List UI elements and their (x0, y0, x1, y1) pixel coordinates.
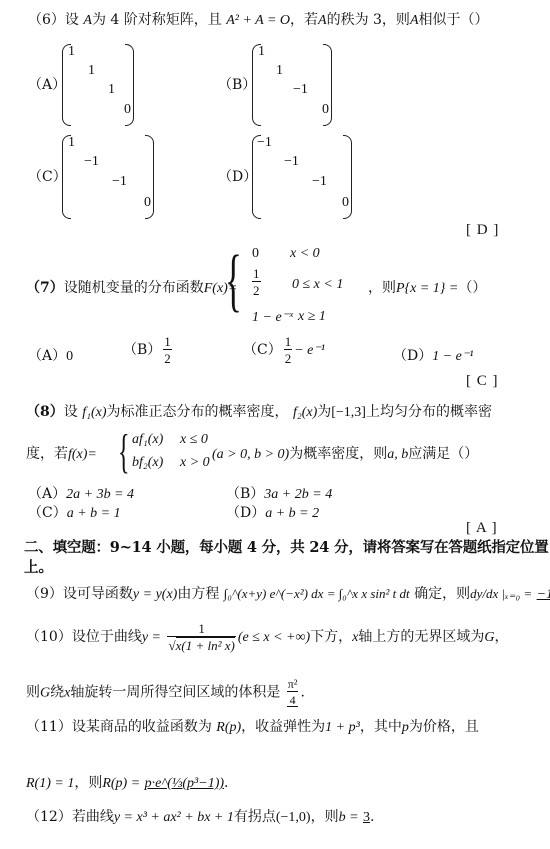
q6-option-a-label[interactable]: （A） (28, 74, 66, 94)
q8-line-1: （8）设 f₁(x)为标准正态分布的概率密度， f₂(x)为[−1,3]上均匀分… (26, 401, 492, 421)
q8-option-c[interactable]: （C）a + b = 1 (28, 502, 121, 522)
q8-case-2-value: bf₂(x) (132, 455, 163, 471)
q7-case-3-value: 1 − e⁻ˣ (252, 309, 293, 326)
q6-stem: （6）设 A为 4 阶对称矩阵，且 A² + A = O，若A的秩为 3，则A相… (28, 9, 489, 29)
q7-case-2-value: 12 (250, 267, 263, 297)
q7-case-1-value: 0 (252, 246, 259, 262)
section-2-heading: 二、填空题：9~14 小题，每小题 4 分，共 24 分，请将答案写在答题纸指定… (24, 536, 549, 557)
q8-line-2-start: 度，若f(x)= (26, 443, 97, 463)
q7-question: ，则P{x = 1} =（） (368, 277, 486, 297)
q6-option-c-label[interactable]: （C） (28, 166, 67, 186)
q6-option-d-matrix: −1 −1 −1 0 (252, 135, 352, 217)
q9-equation: ∫₀^(x+y) e^(−x²) dx = ∫₀^x x sin² t dt (224, 586, 410, 601)
q10-answer: π²4 (287, 678, 299, 707)
q12-line: （12）若曲线y = x³ + ax² + bx + 1有拐点(−1,0)，则b… (26, 806, 374, 826)
q7-stem: （7）设随机变量的分布函数F(x)= (26, 277, 237, 297)
q7-answer: [ C ] (466, 373, 499, 390)
q10-line-2: 则G绕x轴旋转一周所得空间区域的体积是 π²4. (26, 678, 305, 707)
q11-line-2: R(1) = 1，则R(p) = p·e^(⅓(p³−1)). (26, 772, 228, 792)
q8-case-1-value: af₁(x) (132, 432, 163, 448)
q6-option-c-matrix: 1 −1 −1 0 (62, 135, 154, 217)
q9-line: （9）设可导函数y = y(x)由方程 ∫₀^(x+y) e^(−x²) dx … (26, 583, 550, 603)
q6-option-a-matrix: 1 1 1 0 (62, 44, 134, 124)
q10-line-1: （10）设位于曲线y = 1√x(1 + ln² x)(e ≤ x < +∞)下… (26, 622, 508, 652)
q7-option-c[interactable]: （C）12− e⁻¹ (243, 335, 325, 365)
q7-case-2-cond: 0 ≤ x < 1 (292, 277, 343, 293)
q6-equation: A² + A = O (226, 13, 290, 28)
q8-case-1-cond: x ≤ 0 (180, 432, 208, 448)
q6-number: （6） (28, 12, 65, 28)
q7-option-a[interactable]: （A）0 (28, 345, 73, 365)
q11-line-1: （11）设某商品的收益函数为 R(p)，收益弹性为1 + p³，其中p为价格，且 (26, 716, 479, 736)
q12-answer: 3 (363, 810, 370, 825)
q12-number: （12） (26, 809, 72, 825)
q8-line-2-end: (a > 0, b > 0)为概率密度，则a, b应满足（） (212, 443, 478, 463)
q7-number: （7） (26, 280, 64, 296)
q9-answer: −1 (537, 587, 550, 602)
q7-option-d[interactable]: （D）1 − e⁻¹ (393, 345, 473, 365)
q7-case-3-cond: x ≥ 1 (298, 309, 326, 325)
q8-option-b[interactable]: （B）3a + 2b = 4 (226, 483, 332, 503)
q6-option-b-matrix: 1 1 −1 0 (252, 44, 332, 124)
q9-number: （9） (26, 586, 63, 602)
q11-answer: p·e^(⅓(p³−1)) (145, 776, 224, 791)
q8-option-a[interactable]: （A）2a + 3b = 4 (28, 483, 134, 503)
q7-option-b[interactable]: （B）12 (123, 335, 174, 365)
q6-answer: [ D ] (466, 222, 499, 239)
section-2-heading-cont: 上。 (24, 556, 53, 577)
q7-case-1-cond: x < 0 (290, 246, 320, 262)
q8-number: （8） (26, 404, 64, 420)
q11-number: （11） (26, 719, 72, 735)
q8-answer: [ A ] (466, 520, 498, 537)
q10-number: （10） (26, 629, 72, 645)
q8-option-d[interactable]: （D）a + b = 2 (226, 502, 319, 522)
q8-left-brace: { (118, 428, 130, 476)
q7-left-brace: { (225, 246, 242, 316)
q6-option-b-label[interactable]: （B） (218, 74, 256, 94)
q8-case-2-cond: x > 0 (180, 455, 210, 471)
